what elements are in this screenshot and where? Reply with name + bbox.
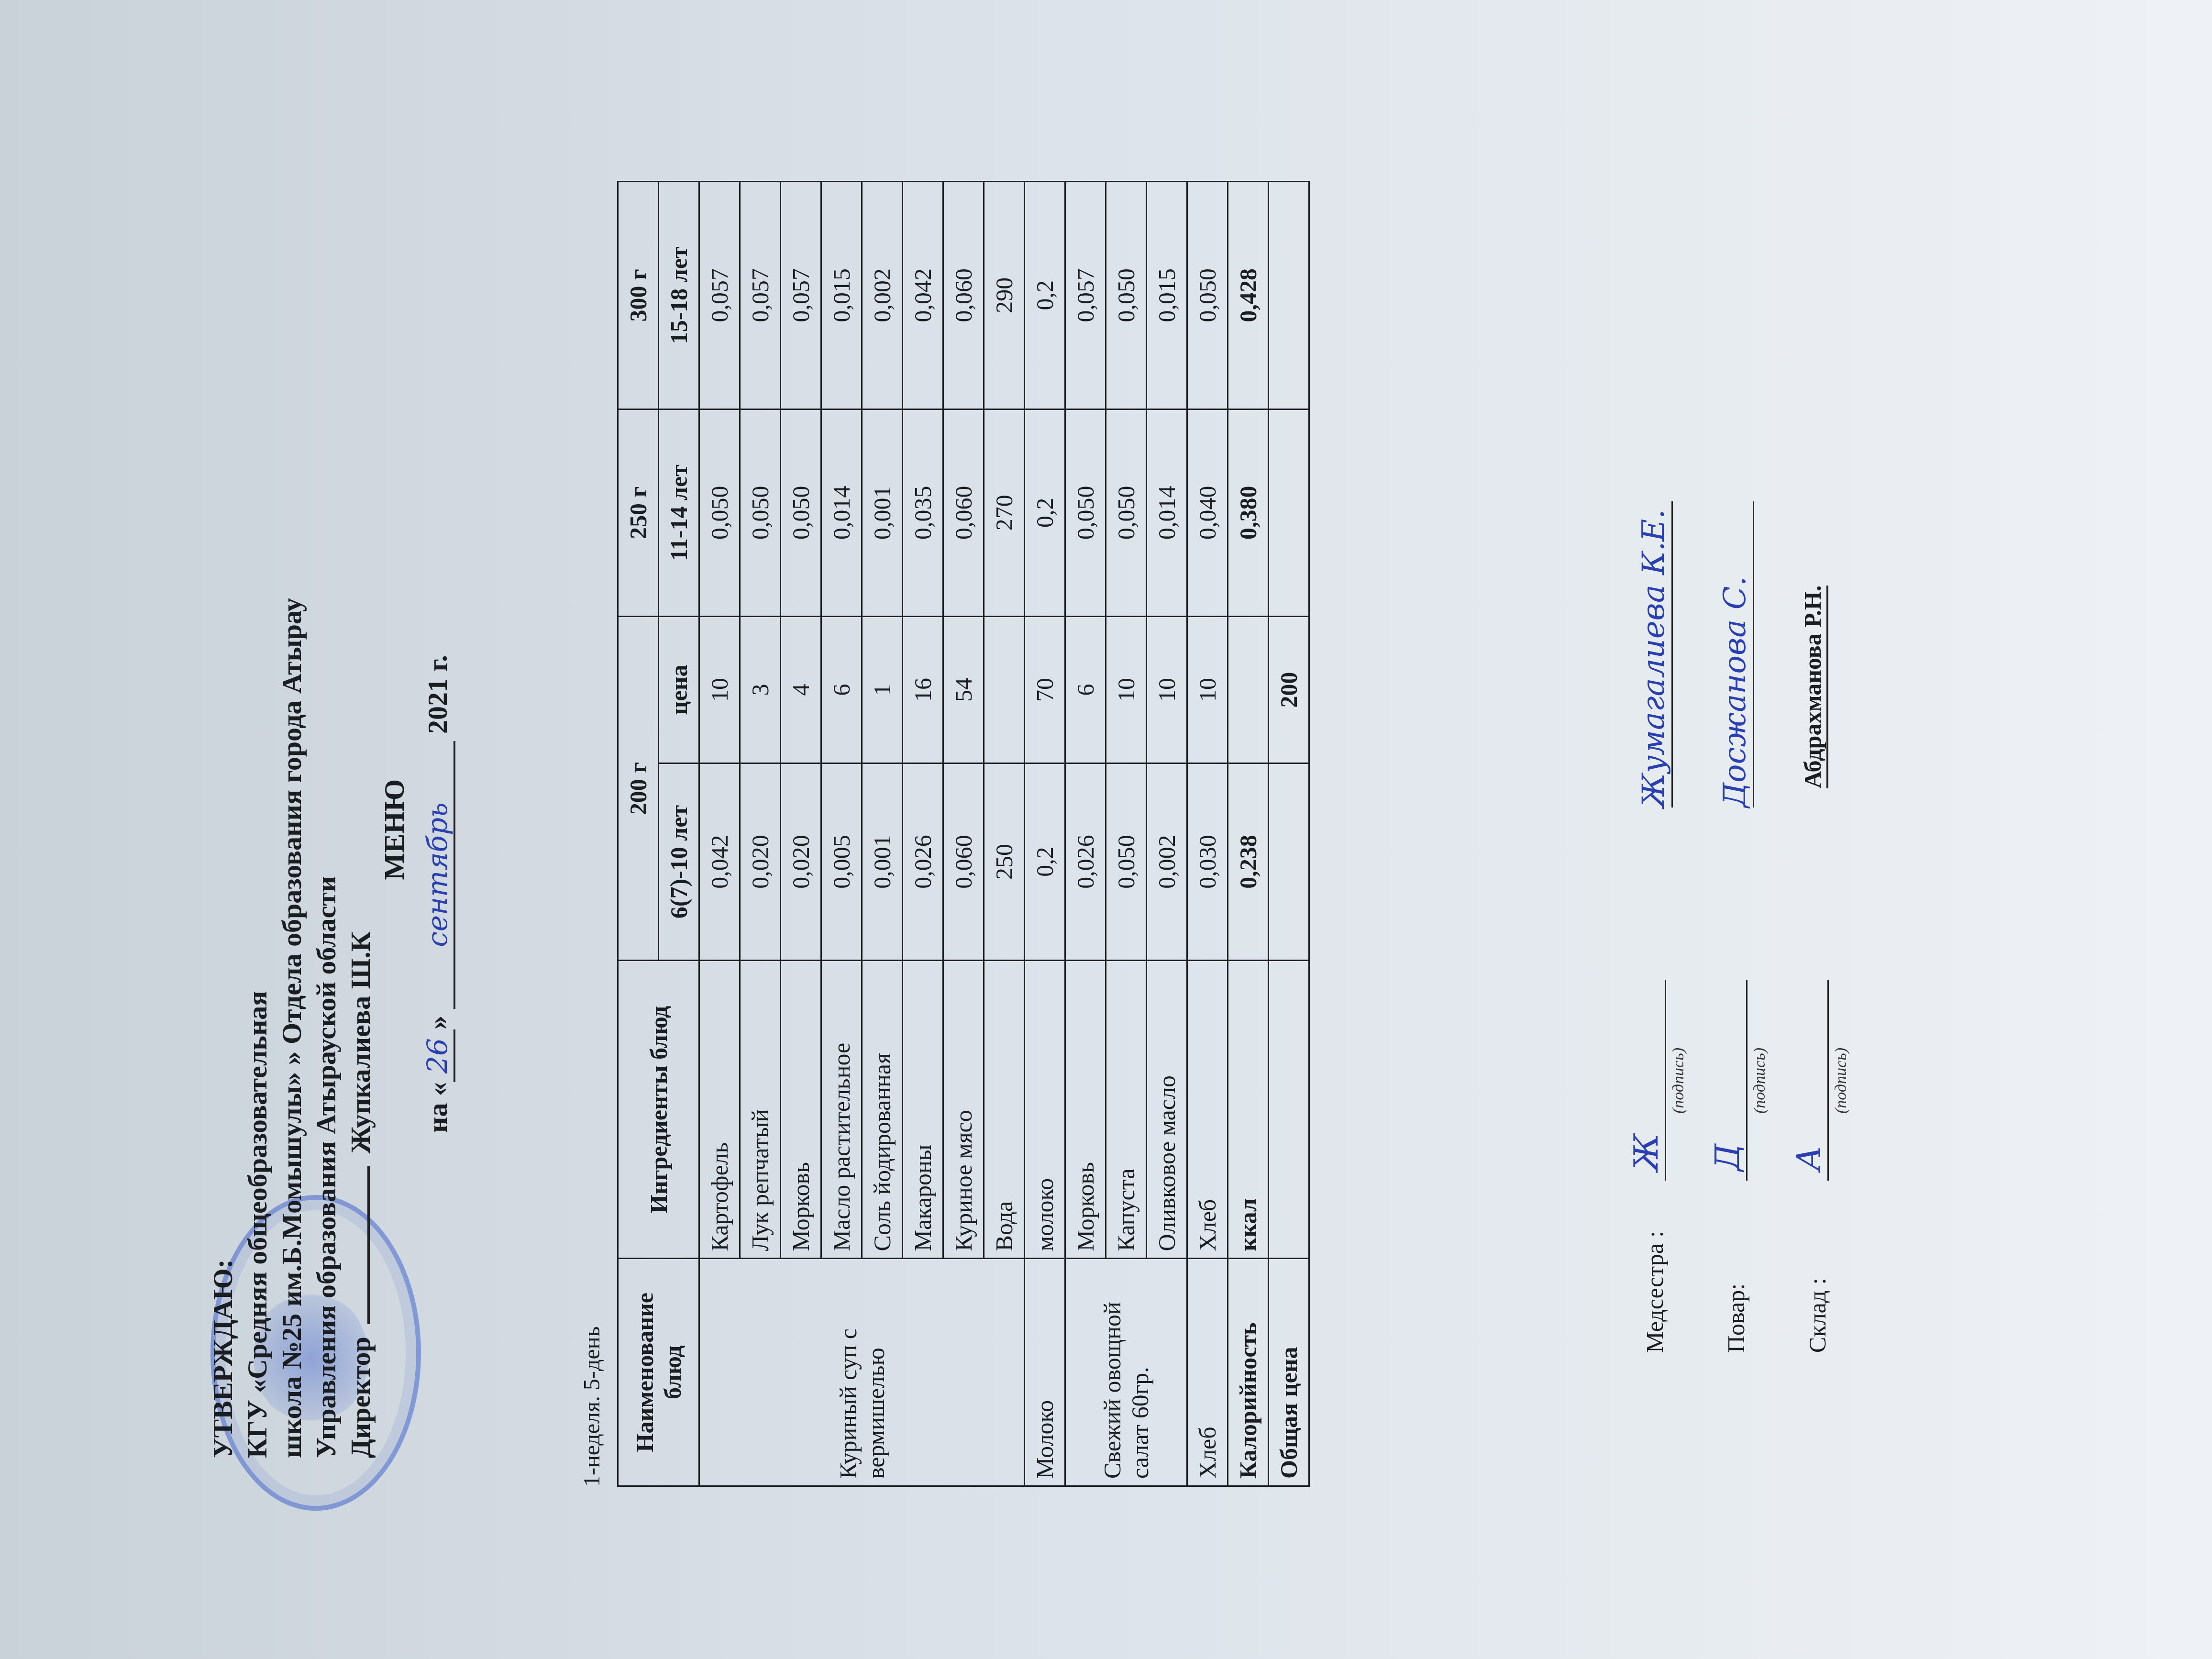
qty-age-6-10: 0,020 — [781, 763, 821, 960]
cook-signature-scribble: Д — [1708, 1144, 1747, 1171]
qty-age-6-10: 0,030 — [1187, 763, 1228, 960]
calories-row: Калорийностьккал0,2380,3800,428 — [1228, 182, 1269, 1486]
qty-age-6-10: 0,026 — [1065, 763, 1106, 960]
qty-age-11-14: 0,060 — [943, 409, 984, 616]
qty-age-6-10: 0,026 — [903, 763, 943, 960]
ingredient-name: Соль йодированная — [862, 961, 903, 1259]
dish-name: Куриный суп с вермишелью — [699, 1259, 1025, 1486]
qty-age-11-14: 0,050 — [1106, 409, 1147, 616]
qty-age-6-10: 0,002 — [1147, 763, 1187, 960]
qty-age-11-14: 0,014 — [821, 409, 862, 616]
approval-block: УТВЕРЖДАЮ: КГУ «Средняя общеобразователь… — [206, 598, 378, 1458]
cook-label: Повар: — [1722, 1283, 1750, 1353]
approval-director-line: Директор Жупкалиева Ш.К — [343, 598, 378, 1458]
ingredient-name: Куриное мясо — [943, 961, 984, 1259]
ingredient-name: Картофель — [699, 961, 740, 1259]
qty-age-6-10: 0,050 — [1106, 763, 1147, 960]
nurse-signature-hint: (подпись) — [1670, 1048, 1688, 1114]
calories-age-11-14: 0,380 — [1228, 409, 1269, 616]
qty-age-11-14: 0,2 — [1025, 409, 1065, 616]
nurse-signature-line — [1665, 980, 1666, 1181]
qty-age-11-14: 0,050 — [1065, 409, 1106, 616]
price: 10 — [1106, 617, 1147, 763]
qty-age-11-14: 270 — [984, 409, 1025, 616]
approval-school-line: школа №25 им.Б.Момышулы» » Отдела образо… — [275, 598, 309, 1458]
header-250g: 250 г — [618, 409, 659, 616]
price: 70 — [1025, 617, 1065, 763]
qty-age-15-18: 0,042 — [903, 182, 943, 409]
price: 16 — [903, 617, 943, 763]
storage-signature-scribble: А — [1789, 1146, 1828, 1171]
qty-age-15-18: 0,057 — [699, 182, 740, 409]
qty-age-6-10: 0,042 — [699, 763, 740, 960]
qty-age-15-18: 0,060 — [943, 182, 984, 409]
menu-title: МЕНЮ — [378, 0, 411, 1659]
menu-document: УТВЕРЖДАЮ: КГУ «Средняя общеобразователь… — [0, 0, 2212, 1659]
dish-name: Хлеб — [1187, 1259, 1228, 1486]
price: 1 — [862, 617, 903, 763]
calories-label: Калорийность — [1228, 1259, 1269, 1486]
ingredient-name: Хлеб — [1187, 961, 1228, 1259]
total-empty — [1269, 409, 1309, 616]
calories-age-6-10: 0,238 — [1228, 763, 1269, 960]
director-signature-line — [367, 1166, 370, 1324]
qty-age-15-18: 0,050 — [1106, 182, 1147, 409]
ingredient-name: Вода — [984, 961, 1025, 1259]
header-price: цена — [659, 617, 699, 763]
ingredient-name: Оливковое масло — [1147, 961, 1187, 1259]
date-year: 2021 г. — [422, 655, 453, 734]
date-mid: » — [422, 1016, 453, 1029]
header-age-15-18: 15-18 лет — [659, 182, 699, 409]
date-month: сентябрь — [421, 741, 455, 1009]
price: 10 — [699, 617, 740, 763]
price: 6 — [821, 617, 862, 763]
nurse-name: Жумагалиева К.Е. — [1636, 501, 1673, 807]
cook-signature-hint: (подпись) — [1751, 1048, 1769, 1114]
qty-age-15-18: 0,057 — [1065, 182, 1106, 409]
storage-signature-line — [1827, 980, 1829, 1181]
header-ingredients: Ингредиенты блюд — [618, 961, 699, 1259]
qty-age-6-10: 0,001 — [862, 763, 903, 960]
qty-age-15-18: 0,057 — [781, 182, 821, 409]
director-label: Директор — [345, 1337, 376, 1458]
date-day: 26 — [421, 1029, 455, 1082]
qty-age-15-18: 0,057 — [740, 182, 781, 409]
qty-age-6-10: 0,2 — [1025, 763, 1065, 960]
qty-age-15-18: 0,050 — [1187, 182, 1228, 409]
qty-age-11-14: 0,014 — [1147, 409, 1187, 616]
price: 10 — [1187, 617, 1228, 763]
nurse-label: Медсестра : — [1641, 1231, 1669, 1353]
qty-age-15-18: 290 — [984, 182, 1025, 409]
price: 54 — [943, 617, 984, 763]
qty-age-11-14: 0,040 — [1187, 409, 1228, 616]
ingredient-name: Лук репчатый — [740, 961, 781, 1259]
ingredient-name: Морковь — [781, 961, 821, 1259]
storage-label: Склад : — [1803, 1278, 1831, 1353]
director-name: Жупкалиева Ш.К — [345, 931, 376, 1153]
header-dish: Наименование блюд — [618, 1259, 699, 1486]
qty-age-15-18: 0,002 — [862, 182, 903, 409]
table-row: ХлебХлеб0,030100,0400,050 — [1187, 182, 1228, 1486]
qty-age-15-18: 0,2 — [1025, 182, 1065, 409]
total-label: Общая цена — [1269, 1259, 1309, 1486]
dish-name: Свежий овощной салат 60гр. — [1065, 1259, 1187, 1486]
ingredient-name: Капуста — [1106, 961, 1147, 1259]
storage-signature-hint: (подпись) — [1832, 1048, 1850, 1114]
header-300g: 300 г — [618, 182, 659, 409]
approval-heading: УТВЕРЖДАЮ: — [206, 598, 240, 1458]
price: 6 — [1065, 617, 1106, 763]
price: 10 — [1147, 617, 1187, 763]
qty-age-11-14: 0,050 — [699, 409, 740, 616]
approval-dept-line: Управления образования Атырауской област… — [309, 598, 343, 1458]
dish-name: Молоко — [1025, 1259, 1065, 1486]
date-prefix: на « — [422, 1082, 453, 1133]
header-200g: 200 г — [618, 617, 659, 961]
storage-name: Абдрахманова Р.Н. — [1799, 586, 1828, 788]
price: 4 — [781, 617, 821, 763]
qty-age-6-10: 0,005 — [821, 763, 862, 960]
table-row: Молокомолоко0,2700,20,2 — [1025, 182, 1065, 1486]
menu-date: на «26» сентябрь 2021 г. — [421, 655, 455, 1133]
table-row: Куриный суп с вермишельюКартофель0,04210… — [699, 182, 740, 1486]
price — [984, 617, 1025, 763]
qty-age-6-10: 0,020 — [740, 763, 781, 960]
qty-age-15-18: 0,015 — [1147, 182, 1187, 409]
calories-price-empty — [1228, 617, 1269, 763]
approval-org-line: КГУ «Средняя общеобразовательная — [240, 598, 275, 1458]
total-empty — [1269, 961, 1309, 1259]
calories-unit: ккал — [1228, 961, 1269, 1259]
cook-signature-line — [1746, 980, 1747, 1181]
qty-age-11-14: 0,050 — [740, 409, 781, 616]
calories-age-15-18: 0,428 — [1228, 182, 1269, 409]
qty-age-11-14: 0,001 — [862, 409, 903, 616]
menu-table: Наименование блюд Ингредиенты блюд 200 г… — [617, 181, 1310, 1487]
header-age-11-14: 11-14 лет — [659, 409, 699, 616]
qty-age-11-14: 0,050 — [781, 409, 821, 616]
total-price: 200 — [1269, 617, 1309, 763]
header-age-6-10: 6(7)-10 лет — [659, 763, 699, 960]
total-empty — [1269, 182, 1309, 409]
week-day-label: 1-неделя. 5-день — [579, 1327, 605, 1487]
nurse-signature-scribble: Ж — [1626, 1133, 1666, 1171]
menu-table-body: Куриный суп с вермишельюКартофель0,04210… — [699, 182, 1309, 1486]
qty-age-6-10: 250 — [984, 763, 1025, 960]
ingredient-name: Масло растительное — [821, 961, 862, 1259]
ingredient-name: Морковь — [1065, 961, 1106, 1259]
table-row: Свежий овощной салат 60гр.Морковь0,02660… — [1065, 182, 1106, 1486]
cook-name: Досжанова С. — [1717, 501, 1754, 807]
ingredient-name: молоко — [1025, 961, 1065, 1259]
price: 3 — [740, 617, 781, 763]
qty-age-6-10: 0,060 — [943, 763, 984, 960]
qty-age-15-18: 0,015 — [821, 182, 862, 409]
total-price-row: Общая цена200 — [1269, 182, 1309, 1486]
total-empty — [1269, 763, 1309, 960]
ingredient-name: Макароны — [903, 961, 943, 1259]
qty-age-11-14: 0,035 — [903, 409, 943, 616]
